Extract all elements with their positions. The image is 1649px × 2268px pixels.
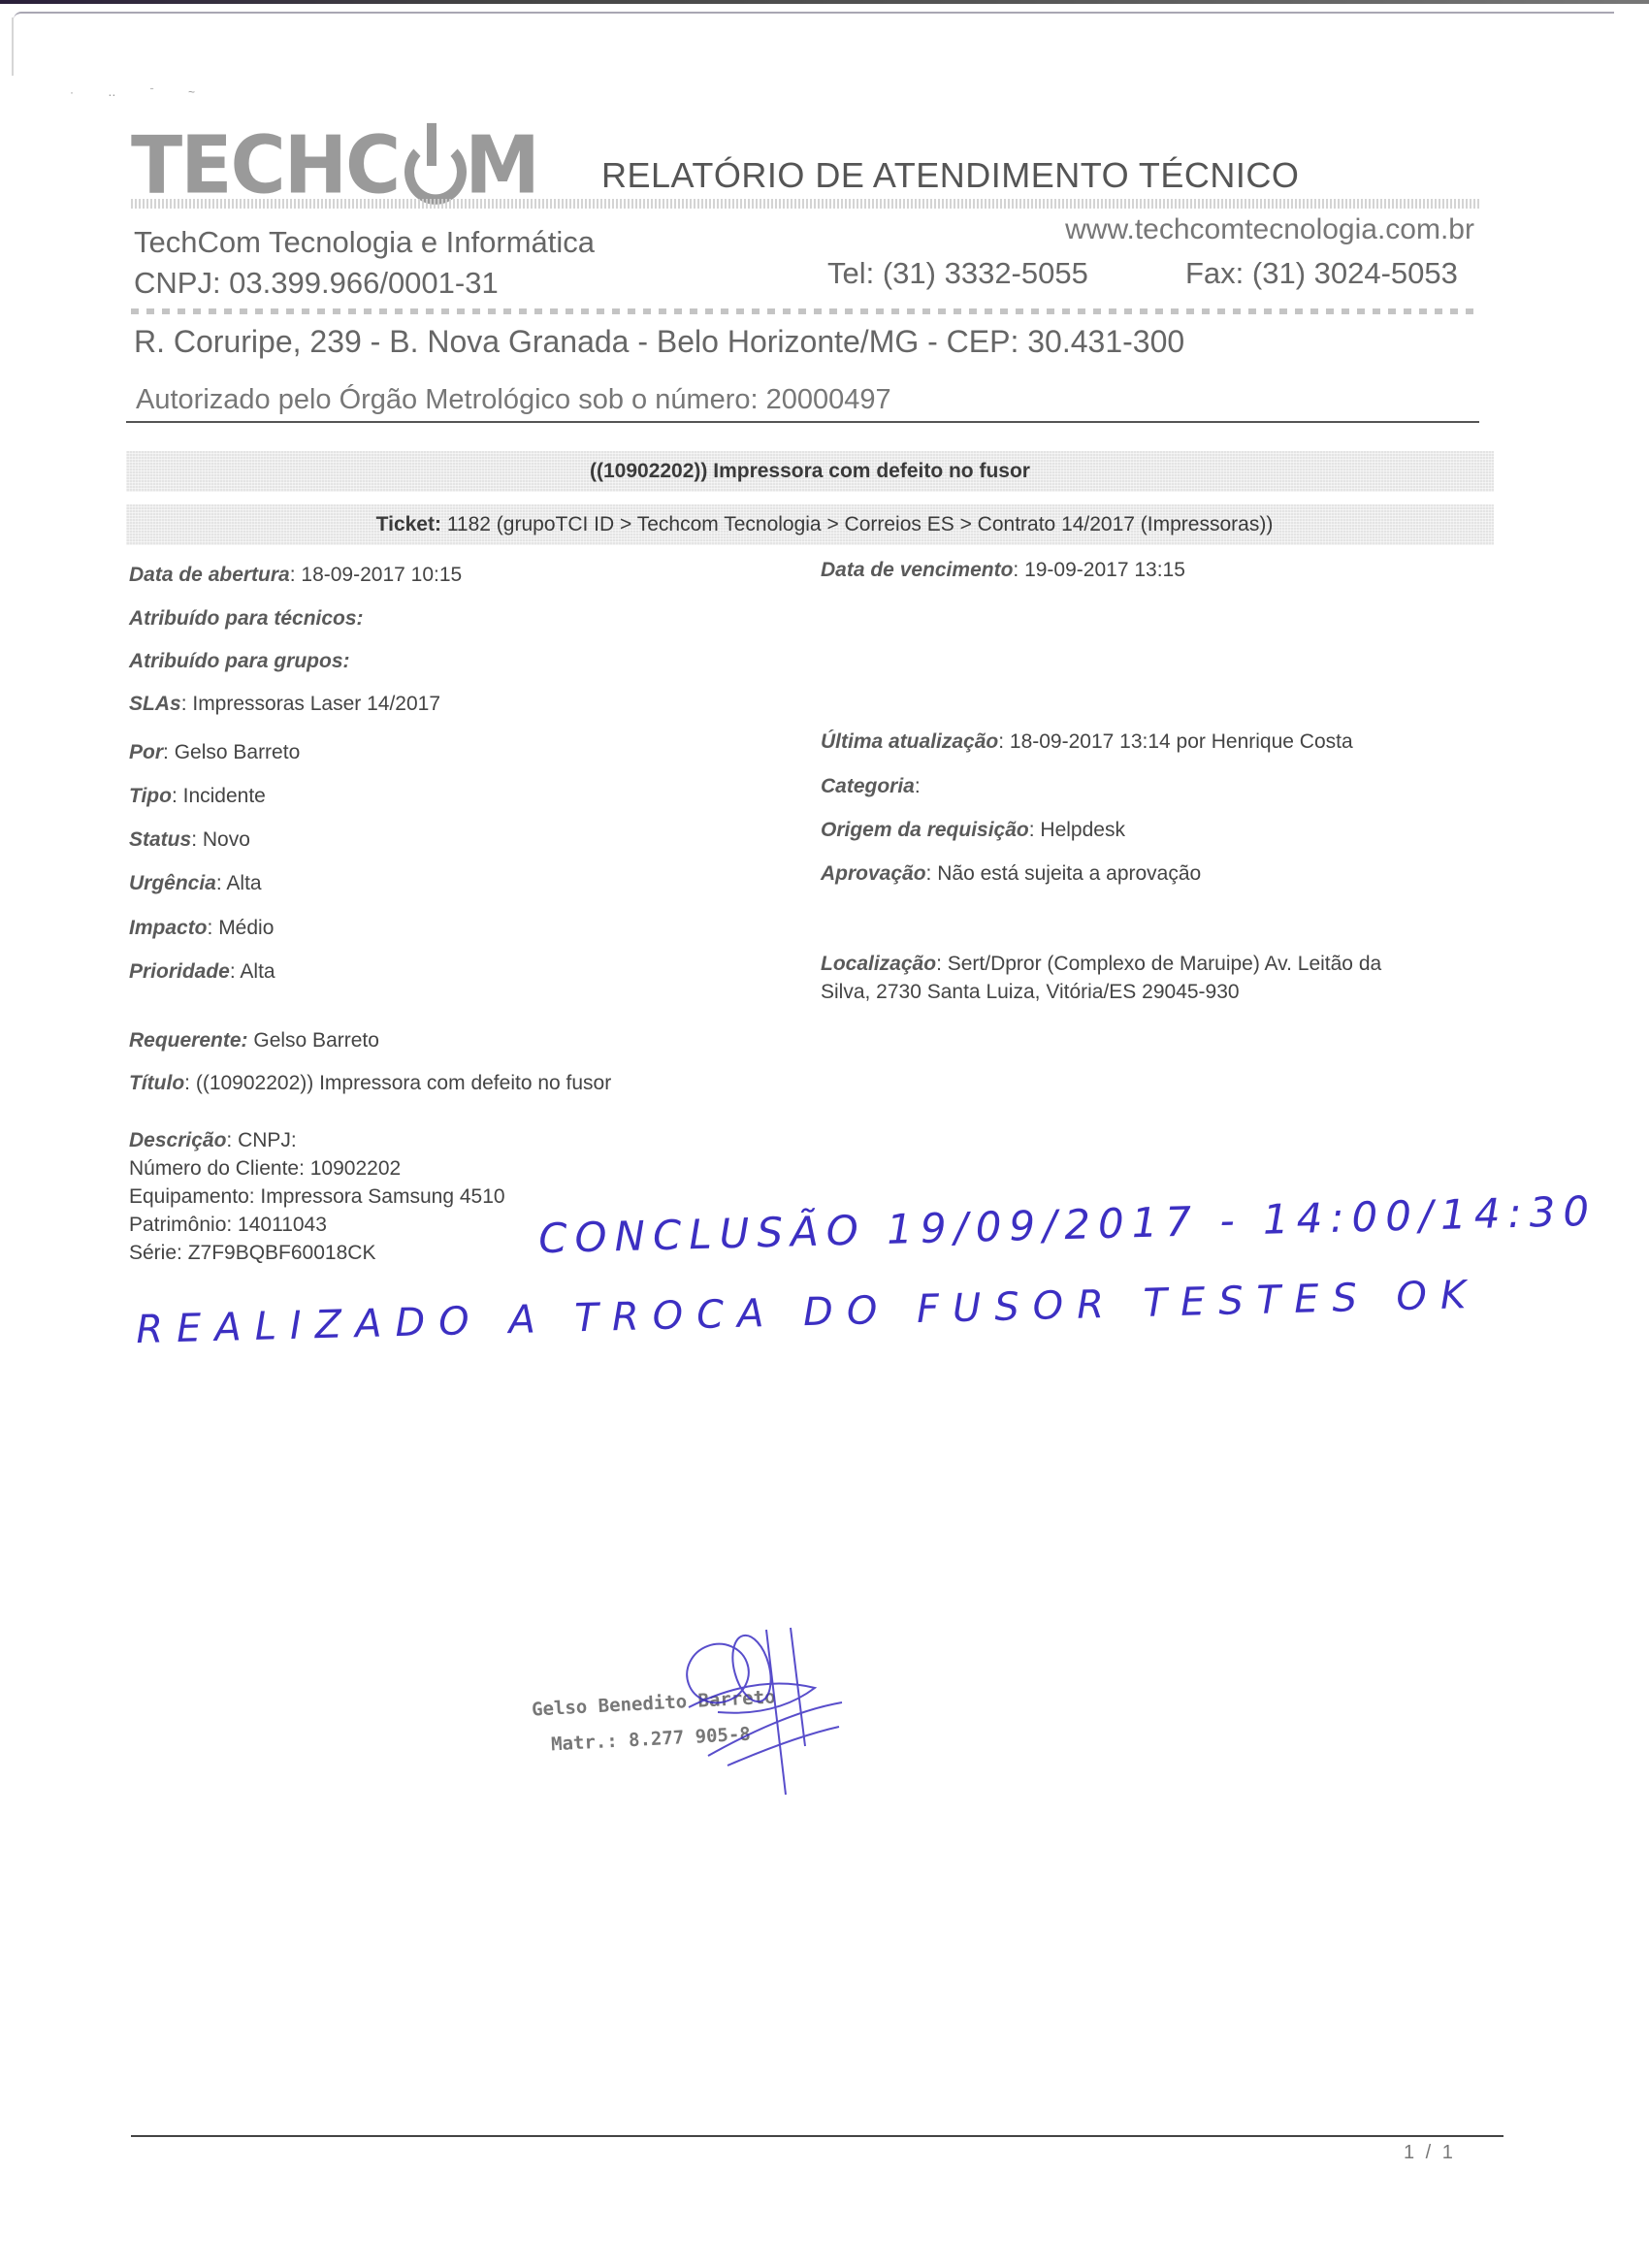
field-urgência: Urgência: Alta [129, 871, 262, 896]
field-category: Categoria: [821, 774, 921, 799]
field-approval: Aprovação: Não está sujeita a aprovação [821, 861, 1201, 887]
header-dotted-band [131, 199, 1479, 209]
field-location: Localização: Sert/Dpror (Complexo de Mar… [821, 950, 1381, 1006]
company-website: www.techcomtecnologia.com.br [1065, 213, 1474, 246]
header-dashed-line [131, 308, 1479, 314]
ticket-title-band: ((10902202)) Impressora com defeito no f… [126, 451, 1494, 492]
field-requester: Requerente: Gelso Barreto [129, 1028, 379, 1053]
description-line: Equipamento: Impressora Samsung 4510 [129, 1183, 505, 1211]
description-line: Número do Cliente: 10902202 [129, 1154, 505, 1183]
field-last-update: Última atualização: 18-09-2017 13:14 por… [821, 729, 1353, 755]
handwritten-conclusion: CONCLUSÃO 19/09/2017 - 14:00/14:30 [538, 1187, 1598, 1263]
ticket-title: ((10902202)) Impressora com defeito no f… [590, 460, 1030, 483]
page-number: 1 / 1 [1404, 2142, 1456, 2164]
scan-paper-edge [14, 12, 1614, 19]
field-tipo: Tipo: Incidente [129, 784, 266, 809]
field-atribuído-para-grupos: Atribuído para grupos: [129, 649, 350, 674]
footer-rule [131, 2135, 1503, 2137]
field-title: Título: ((10902202)) Impressora com defe… [129, 1071, 611, 1096]
field-por: Por: Gelso Barreto [129, 740, 300, 765]
description-lines: Número do Cliente: 10902202Equipamento: … [129, 1154, 505, 1267]
field-impacto: Impacto: Médio [129, 916, 274, 941]
company-name: TechCom Tecnologia e Informática [134, 225, 595, 260]
company-tel: Tel: (31) 3332-5055 [827, 256, 1088, 291]
field-due-date: Data de vencimento: 19-09-2017 13:15 [821, 558, 1185, 583]
field-description: Descrição: CNPJ: Número do Cliente: 1090… [129, 1126, 505, 1267]
field-atribuído-para-técnicos: Atribuído para técnicos: [129, 606, 364, 632]
field-data-de-abertura: Data de abertura: 18-09-2017 10:15 [129, 563, 462, 588]
signature [679, 1620, 844, 1814]
report-title: RELATÓRIO DE ATENDIMENTO TÉCNICO [601, 155, 1299, 196]
field-request-origin: Origem da requisição: Helpdesk [821, 818, 1125, 843]
field-status: Status: Novo [129, 827, 250, 853]
description-line: Patrimônio: 14011043 [129, 1211, 505, 1239]
field-prioridade: Prioridade: Alta [129, 959, 275, 985]
ticket-label: Ticket: [376, 513, 441, 536]
company-address: R. Coruripe, 239 - B. Nova Granada - Bel… [134, 324, 1184, 360]
power-icon [401, 133, 463, 194]
description-line: Série: Z7F9BQBF60018CK [129, 1239, 505, 1267]
metrology-authorization: Autorizado pelo Órgão Metrológico sob o … [136, 384, 891, 416]
handwritten-service-note: REALIZADO A TROCA DO FUSOR TESTES OK [136, 1273, 1480, 1352]
company-fax: Fax: (31) 3024-5053 [1185, 256, 1458, 291]
scan-specks: · ‥ ˉ ~ [70, 85, 210, 99]
company-cnpj: CNPJ: 03.399.966/0001-31 [134, 266, 499, 301]
header-rule [126, 421, 1479, 423]
techcom-logo: TECHCM [131, 126, 538, 206]
field-slas: SLAs: Impressoras Laser 14/2017 [129, 692, 440, 717]
ticket-path: 1182 (grupoTCI ID > Techcom Tecnologia >… [447, 513, 1274, 536]
scan-edge-left [12, 17, 14, 76]
scan-edge-top [0, 0, 1649, 4]
ticket-path-band: Ticket: 1182 (grupoTCI ID > Techcom Tecn… [126, 504, 1494, 545]
